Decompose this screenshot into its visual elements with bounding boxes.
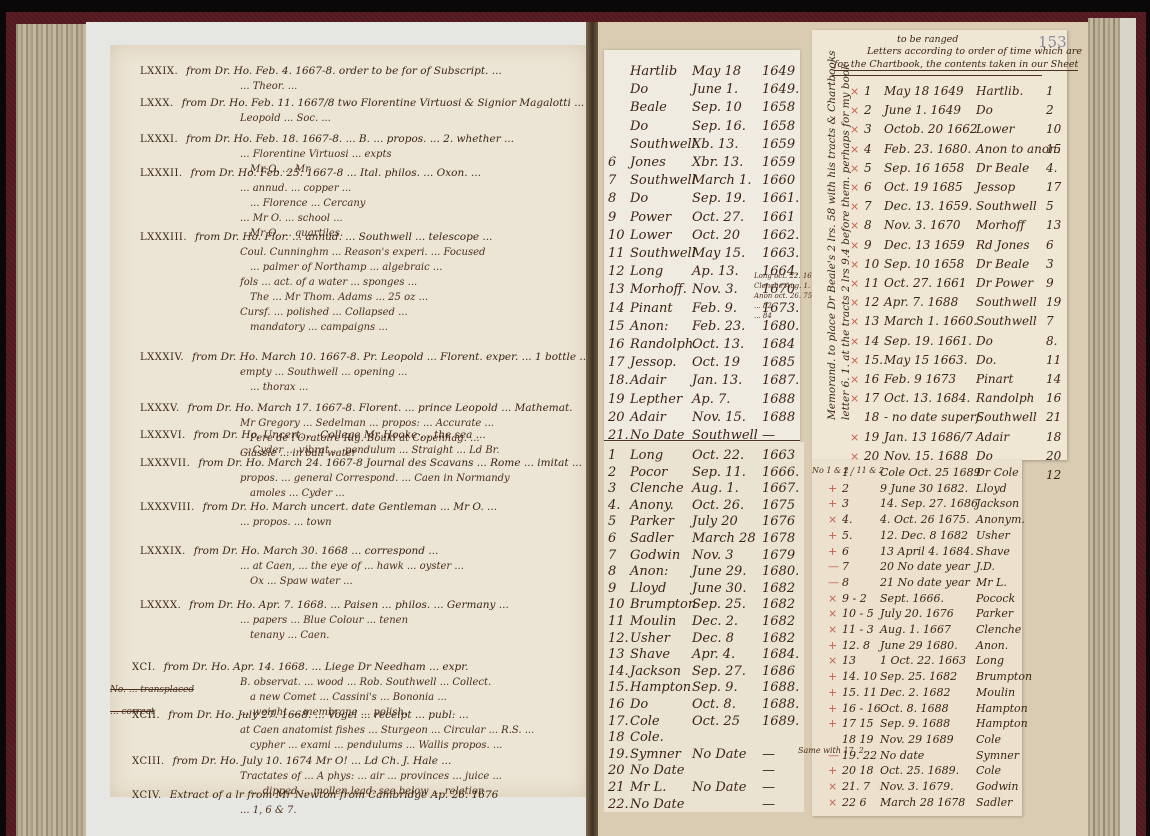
- correspondent-name: Southwell: [976, 295, 1046, 309]
- row-number: 8: [864, 218, 884, 232]
- letter-entry: XCIII.from Dr. Ho. July 10. 1674 Mr O! .…: [132, 755, 451, 767]
- entry-number: LXXXVIII.: [140, 502, 195, 513]
- correspondent-name: Godwin: [630, 548, 692, 563]
- letter-year: 1688.: [762, 697, 799, 712]
- list-row: 8Anon:June 29.1680.: [608, 564, 799, 579]
- entry-number: LXXXVI.: [140, 430, 186, 441]
- letter-entry: XCIV.Extract of a lr from Mr Newton from…: [132, 789, 498, 801]
- check-mark: +: [828, 686, 842, 699]
- letter-year: 1688.: [762, 680, 799, 695]
- letter-entry: LXXIX.from Dr. Ho. Feb. 4. 1667-8. order…: [140, 65, 502, 77]
- entry-text: from Dr. Ho. March 17. 1667-8. Florent. …: [188, 402, 573, 414]
- reference-number: 2: [1046, 103, 1054, 117]
- letter-date: Nov. 3. 1670: [884, 218, 976, 232]
- list-row: 16DoOct. 8.1688.: [608, 697, 799, 712]
- letter-year: 1649.: [762, 82, 799, 97]
- letter-date: Oct. 27.: [692, 210, 762, 225]
- correspondent-name: Usher: [630, 631, 692, 646]
- letter-date: Oct. 25: [692, 714, 762, 729]
- letter-date: Jan. 13.: [692, 373, 762, 388]
- ordered-row: —19. 22No dateSymner: [828, 749, 1019, 762]
- entry-continuation: empty ... Southwell ... opening ...: [240, 367, 407, 378]
- check-mark: ×: [850, 392, 864, 405]
- letter-year: 1659: [762, 155, 795, 170]
- letter-date: Dec. 2. 1682: [880, 686, 976, 699]
- letter-date: Oct. 13.: [692, 337, 762, 352]
- check-mark: +: [828, 529, 842, 542]
- row-number: 22.: [608, 797, 630, 812]
- letter-date: March 1.: [692, 173, 762, 188]
- entry-continuation: ... Cyder ... vibrat ... pendulum ... St…: [240, 445, 500, 456]
- list-row: 17Jessop.Oct. 191685: [608, 355, 795, 370]
- row-number: 21: [608, 780, 630, 795]
- letter-date: Oct. 20: [692, 228, 762, 243]
- list-row: 20AdairNov. 15.1688: [608, 410, 795, 425]
- row-number: 9: [608, 581, 630, 596]
- row-number: 16: [608, 697, 630, 712]
- reference-number: 3: [1046, 257, 1054, 271]
- check-mark: ×: [850, 373, 864, 386]
- row-number: 18 19: [842, 733, 880, 746]
- heading-rule: [832, 75, 1042, 76]
- letter-date: Dec. 13 1659: [884, 238, 976, 252]
- correspondent-name: Sadler: [630, 531, 692, 546]
- correspondent-name: Hampton: [630, 680, 692, 695]
- page-edges-left: [16, 24, 86, 836]
- row-number: 16 - 16: [842, 702, 880, 715]
- entry-number: LXXXX.: [140, 600, 181, 611]
- ordered-row: ×15.May 15 1663.Do.11: [850, 353, 1061, 367]
- letter-date: Sep. 11.: [692, 465, 762, 480]
- correspondent-name: Randolph: [976, 391, 1046, 405]
- list-row: HartlibMay 181649: [608, 64, 795, 79]
- check-mark: —: [828, 560, 842, 573]
- entry-continuation: ... at Caen, ... the eye of ... hawk ...…: [240, 561, 464, 572]
- letter-year: 1661: [762, 210, 795, 225]
- entry-continuation: Mr Gregory ... Sedelman ... propos: ... …: [240, 418, 494, 429]
- letter-date: 1 Oct. 22. 1663: [880, 654, 976, 667]
- letter-date: May 15.: [692, 246, 762, 261]
- reference-number: 15: [1046, 142, 1061, 156]
- folio-number: 153: [1038, 33, 1067, 51]
- list-row: 4.Anony.Oct. 26.1675: [608, 498, 795, 513]
- letter-year: 1686: [762, 664, 795, 679]
- row-number: 12: [864, 295, 884, 309]
- entry-continuation: Leopold ... Soc. ...: [240, 113, 331, 124]
- ordered-row: ×131 Oct. 22. 1663Long: [828, 654, 1004, 667]
- check-mark: ×: [850, 354, 864, 367]
- reference-number: 8.: [1046, 334, 1057, 348]
- correspondent-name: Parker: [976, 607, 1013, 620]
- letter-date: June 30.: [692, 581, 762, 596]
- letter-year: 1682: [762, 581, 795, 596]
- correspondent-name: Dr Beale: [976, 161, 1046, 175]
- row-number: 17.: [608, 714, 630, 729]
- reference-number: 10: [1046, 122, 1061, 136]
- letter-date: Oct. 8. 1688: [880, 702, 976, 715]
- list-row: 22.No Date—: [608, 797, 775, 812]
- list-row: 11MoulinDec. 2.1682: [608, 614, 795, 629]
- ordered-row: ×19Jan. 13 1686/7Adair18: [850, 430, 1061, 444]
- letter-date: June 29 1680.: [880, 639, 976, 652]
- correspondent-name: Southwell: [630, 246, 692, 261]
- correspondent-name: Moulin: [630, 614, 692, 629]
- row-number: 6: [608, 155, 630, 170]
- letter-year: 1663.: [762, 246, 799, 261]
- letter-date: Sep. 10: [692, 100, 762, 115]
- correspondent-name: Pocock: [976, 592, 1015, 605]
- list-row: 6SadlerMarch 281678: [608, 531, 795, 546]
- entry-number: XCI.: [132, 662, 156, 673]
- list-row: 10LowerOct. 201662.: [608, 228, 799, 243]
- row-number: 21. 7: [842, 780, 880, 793]
- check-mark: ×: [850, 200, 864, 213]
- correspondent-name: Lower: [630, 228, 692, 243]
- correspondent-name: Cole.: [630, 730, 692, 745]
- correspondent-name: Lower: [976, 122, 1046, 136]
- row-number: 8: [842, 576, 880, 589]
- correspondent-name: Clenche: [630, 481, 692, 496]
- check-mark: ×: [850, 85, 864, 98]
- letter-date: Feb. 9.: [692, 301, 762, 316]
- row-number: 1: [864, 84, 884, 98]
- ordered-row: ×9Dec. 13 1659Rd Jones6: [850, 238, 1054, 252]
- letter-date: 14. Sep. 27. 1686: [880, 497, 976, 510]
- letter-year: 1680.: [762, 564, 799, 579]
- entry-continuation: Coul. Cunninghm ... Reason's experi. ...…: [240, 247, 485, 258]
- list-row: 18.AdairJan. 13.1687.: [608, 373, 799, 388]
- ordered-row: ×9 - 2Sept. 1666.Pocock: [828, 592, 1015, 605]
- correspondent-name: Anon to anon:: [976, 142, 1046, 156]
- list-row: 1LongOct. 22.1663: [608, 448, 795, 463]
- correspondent-name: Adair: [630, 410, 692, 425]
- correspondent-name: Godwin: [976, 780, 1018, 793]
- check-mark: ×: [850, 315, 864, 328]
- letter-year: 1666.: [762, 465, 799, 480]
- list-row: 3ClencheAug. 1.1667.: [608, 481, 799, 496]
- ordered-row: ×22 6March 28 1678Sadler: [828, 796, 1012, 809]
- letter-entry: LXXXVII.from Dr. Ho. March 24. 1667-8 Jo…: [140, 457, 582, 469]
- letter-date: 13 April 4. 1684.: [880, 545, 976, 558]
- letter-date: Feb. 9 1673: [884, 372, 976, 386]
- list-row: 2PocorSep. 11.1666.: [608, 465, 799, 480]
- divider-line: [604, 440, 800, 441]
- row-number: 14: [608, 301, 630, 316]
- row-number: 7: [842, 560, 880, 573]
- entry-continuation: amoles ... Cyder ...: [250, 488, 345, 499]
- list-row: 10BrumptonSep. 25.1682: [608, 597, 795, 612]
- correspondent-name: Do: [630, 119, 692, 134]
- entry-number: LXXXIII.: [140, 232, 187, 243]
- letter-date: Sep. 27.: [692, 664, 762, 679]
- list-row: 13ShaveApr. 4.1684.: [608, 647, 799, 662]
- letter-date: Nov. 15.: [692, 410, 762, 425]
- correspondent-name: Rd Jones: [976, 238, 1046, 252]
- entry-text: from Dr. Ho. Apr. 7. 1668. ... Paisen ..…: [189, 599, 508, 611]
- letter-date: Sep. 25.: [692, 597, 762, 612]
- row-number: 9: [608, 210, 630, 225]
- correspondent-name: Anony.: [630, 498, 692, 513]
- correspondent-name: Lloyd: [630, 581, 692, 596]
- row-number: 10: [608, 228, 630, 243]
- letter-date: June 29.: [692, 564, 762, 579]
- letter-date: Apr. 4.: [692, 647, 762, 662]
- letter-year: 1682: [762, 614, 795, 629]
- letter-date: May 15 1663.: [884, 353, 976, 367]
- side-note: ... 84: [754, 312, 772, 320]
- row-number: 8: [608, 191, 630, 206]
- list-row: 19LeptherAp. 7.1688: [608, 392, 795, 407]
- ordered-row: +5.12. Dec. 8 1682Usher: [828, 529, 1010, 542]
- correspondent-name: Parker: [630, 514, 692, 529]
- check-mark: ×: [828, 780, 842, 793]
- list-row: 11SouthwellMay 15.1663.: [608, 246, 799, 261]
- check-mark: ×: [828, 796, 842, 809]
- correspondent-name: Symner: [630, 747, 692, 762]
- letter-entry: LXXXII.from Dr. Ho. Feb. 25. 1667-8 ... …: [140, 167, 481, 179]
- letter-date: Oct. 27. 1661: [884, 276, 976, 290]
- letter-year: 1687.: [762, 373, 799, 388]
- entry-number: LXXX.: [140, 98, 174, 109]
- entry-continuation: Tractates of ... A phys: ... air ... pro…: [240, 771, 502, 782]
- entry-text: Extract of a lr from Mr Newton from Camb…: [170, 789, 499, 801]
- list-row: 7GodwinNov. 31679: [608, 548, 795, 563]
- entry-continuation: B. observat. ... wood ... Rob. Southwell…: [240, 677, 491, 688]
- correspondent-name: Anonym.: [976, 513, 1025, 526]
- check-mark: ×: [828, 592, 842, 605]
- list-row: 8DoSep. 19.1661.: [608, 191, 799, 206]
- list-row: 18Cole.: [608, 730, 762, 745]
- row-number: 14. 10: [842, 670, 880, 683]
- ordered-row: ×2June 1. 1649Do2: [850, 103, 1054, 117]
- letter-year: 1684.: [762, 647, 799, 662]
- letter-date: May 18 1649: [884, 84, 976, 98]
- letter-year: 1658: [762, 100, 795, 115]
- entry-continuation: ... papers ... Blue Colour ... tenen: [240, 615, 408, 626]
- row-number: 6: [842, 545, 880, 558]
- entry-continuation: tenany ... Caen.: [250, 630, 329, 641]
- correspondent-name: Mr L.: [630, 780, 692, 795]
- row-number: 19: [608, 392, 630, 407]
- reference-number: 18: [1046, 430, 1061, 444]
- letter-entry: LXXXIX.from Dr. Ho. March 30. 1668 ... c…: [140, 545, 438, 557]
- entry-continuation: at Caen anatomist fishes ... Sturgeon ..…: [240, 725, 534, 736]
- ordered-row: ×5Sep. 16 1658Dr Beale4.: [850, 161, 1057, 175]
- row-number: 11: [608, 614, 630, 629]
- entry-text: from Dr. Ho. Apr. 14. 1668. ... Liege Dr…: [164, 661, 469, 673]
- correspondent-name: Long: [630, 448, 692, 463]
- letter-year: 1676: [762, 514, 795, 529]
- letter-date: 21 No date year: [880, 576, 976, 589]
- check-mark: ×: [850, 143, 864, 156]
- row-number: 17: [864, 391, 884, 405]
- letter-year: —: [762, 763, 775, 778]
- row-number: 2: [842, 482, 880, 495]
- row-number: 15. 11: [842, 686, 880, 699]
- row-number: 6: [864, 180, 884, 194]
- reference-number: 17: [1046, 180, 1061, 194]
- letter-entry: LXXXV.from Dr. Ho. March 17. 1667-8. Flo…: [140, 402, 573, 414]
- correspondent-name: Long: [630, 264, 692, 279]
- entry-text: from Dr. Ho. March 24. 1667-8 Journal de…: [198, 457, 582, 469]
- letter-year: 1649: [762, 64, 795, 79]
- row-number: 10 - 5: [842, 607, 880, 620]
- row-number: 17 15: [842, 717, 880, 730]
- letter-date: Oct. 19: [692, 355, 762, 370]
- letter-year: 1678: [762, 531, 795, 546]
- correspondent-name: Do.: [976, 353, 1046, 367]
- row-number: 4.: [608, 498, 630, 513]
- row-number: 10: [608, 597, 630, 612]
- correspondent-name: Do: [630, 82, 692, 97]
- reference-number: 7: [1046, 314, 1054, 328]
- correspondent-name: J.D.: [976, 560, 995, 573]
- ordered-row: ×4Feb. 23. 1680.Anon to anon:15: [850, 142, 1061, 156]
- letter-date: No date: [880, 749, 976, 762]
- correspondent-name: Southwell: [630, 173, 692, 188]
- entry-number: LXXXVII.: [140, 458, 190, 469]
- letter-date: Sept. 1666.: [880, 592, 976, 605]
- correspondent-name: No Date: [630, 763, 692, 778]
- row-number: 1.: [842, 466, 880, 479]
- correspondent-name: Southwell: [976, 199, 1046, 213]
- letter-date: Oct. 26.: [692, 498, 762, 513]
- entry-continuation: ... Florence ... Cercany: [250, 198, 365, 209]
- letter-date: Oct. 22.: [692, 448, 762, 463]
- reference-number: 20: [1046, 449, 1061, 463]
- entry-continuation: ... Theor. ...: [240, 81, 297, 92]
- letter-date: 12. Dec. 8 1682: [880, 529, 976, 542]
- entry-text: from Dr. Ho. July 10. 1674 Mr O! ... Ld …: [173, 755, 452, 767]
- letter-year: 1688: [762, 392, 795, 407]
- ordered-row: 18 19Nov. 29 1689Cole: [828, 733, 1001, 746]
- reference-number: 9: [1046, 276, 1054, 290]
- check-mark: ×: [850, 335, 864, 348]
- correspondent-name: Shave: [630, 647, 692, 662]
- correspondent-name: Anon:: [630, 564, 692, 579]
- row-number: 13: [864, 314, 884, 328]
- reference-number: 14: [1046, 372, 1061, 386]
- reference-number: 16: [1046, 391, 1061, 405]
- correspondent-name: Dr Beale: [976, 257, 1046, 271]
- ordered-row: ×8Nov. 3. 1670Morhoff13: [850, 218, 1061, 232]
- row-number: 20: [608, 410, 630, 425]
- ordered-row: ×1May 18 1649Hartlib.1: [850, 84, 1054, 98]
- margin-note: ... correct: [110, 707, 155, 717]
- letter-date: Oct. 19 1685: [884, 180, 976, 194]
- entry-number: LXXXV.: [140, 403, 180, 414]
- letter-entry: XCII.from Dr. Ho. July 27. 1668. ... Vog…: [132, 709, 469, 721]
- letter-date: Nov. 3. 1679.: [880, 780, 976, 793]
- letter-date: 9 June 30 1682.: [880, 482, 976, 495]
- check-mark: +: [828, 482, 842, 495]
- letter-date: Dec. 2.: [692, 614, 762, 629]
- row-number: 19. 22: [842, 749, 880, 762]
- list-row: 12.UsherDec. 81682: [608, 631, 795, 646]
- heading-1: to be ranged: [897, 34, 958, 45]
- entry-continuation: mandatory ... campaigns ...: [250, 322, 388, 333]
- letter-entry: LXXXVI.from Dr. Ho. Uncert. ... College …: [140, 429, 486, 441]
- entry-continuation: a new Comet ... Cassini's ... Bononia ..…: [250, 692, 447, 703]
- correspondent-name: Long: [976, 654, 1004, 667]
- correspondent-name: Moulin: [976, 686, 1015, 699]
- row-number: 1: [608, 448, 630, 463]
- entry-text: from Dr. Ho. Uncert. ... College Mr Hook…: [194, 429, 486, 441]
- vertical-memorandum-2: letter 6. 1. at the tracts 2 lrs 9.4 bef…: [840, 63, 852, 420]
- ordered-row: ×11 - 3Aug. 1. 1667Clenche: [828, 623, 1021, 636]
- correspondent-name: Brumpton: [630, 597, 692, 612]
- list-row: 19.SymnerNo Date—: [608, 747, 775, 762]
- letter-date: Nov. 29 1689: [880, 733, 976, 746]
- ordered-row: ×11Oct. 27. 1661Dr Power9: [850, 276, 1054, 290]
- check-mark: ×: [850, 258, 864, 271]
- row-number: 15.: [864, 353, 884, 367]
- letter-entry: LXXXIII.from Dr. Ho. Flor. ... annud. ..…: [140, 231, 492, 243]
- entry-continuation: Cursf. ... polished ... Collapsed ...: [240, 307, 408, 318]
- left-manuscript-page: LXXIX.from Dr. Ho. Feb. 4. 1667-8. order…: [110, 45, 588, 797]
- correspondent-name: Cole: [630, 714, 692, 729]
- letter-date: 20 No date year: [880, 560, 976, 573]
- margin-note: No. ... transplaced: [110, 685, 194, 695]
- letter-date: Nov. 3: [692, 548, 762, 563]
- letter-date: 4. Oct. 26 1675.: [880, 513, 976, 526]
- entry-continuation: Ox ... Spaw water ...: [250, 576, 353, 587]
- correspondent-name: Hartlib.: [976, 84, 1046, 98]
- correspondent-name: Brumpton: [976, 670, 1032, 683]
- list-row: 9LloydJune 30.1682: [608, 581, 795, 596]
- letter-year: 1689.: [762, 714, 799, 729]
- row-number: 14.: [608, 664, 630, 679]
- check-mark: +: [828, 702, 842, 715]
- list-row: 16Randolph.Oct. 13.1684: [608, 337, 795, 352]
- entry-number: XCIV.: [132, 790, 162, 801]
- correspondent-name: Mr L.: [976, 576, 1007, 589]
- letter-date: March 28: [692, 531, 762, 546]
- ordered-row: ×21. 7Nov. 3. 1679.Godwin: [828, 780, 1018, 793]
- ordered-row: —821 No date yearMr L.: [828, 576, 1007, 589]
- row-number: 11: [608, 246, 630, 261]
- correspondent-name: No Date: [630, 797, 692, 812]
- letter-entry: LXXXI.from Dr. Ho. Feb. 18. 1667-8. ... …: [140, 133, 514, 145]
- letter-date: Jan. 13 1686/7: [884, 430, 976, 444]
- letter-date: Sep. 16 1658: [884, 161, 976, 175]
- row-number: 7: [608, 548, 630, 563]
- letter-date: Dec. 13. 1659.: [884, 199, 976, 213]
- entry-continuation: ... thorax ...: [250, 382, 308, 393]
- entry-continuation: ... palmer of Northamp ... algebraic ...: [250, 262, 442, 273]
- row-number: 7: [608, 173, 630, 188]
- correspondent-name: Dr Cole: [976, 466, 1019, 479]
- letter-year: 1659: [762, 137, 795, 152]
- correspondent-name: Southwell: [976, 410, 1046, 424]
- letter-date: Cole Oct. 25 1689: [880, 466, 976, 479]
- entry-number: LXXXII.: [140, 168, 183, 179]
- check-mark: ×: [850, 181, 864, 194]
- row-number: 17: [608, 355, 630, 370]
- list-row: 20No Date—: [608, 763, 775, 778]
- row-number: 18: [864, 410, 884, 424]
- list-row: 15Anon:Feb. 23.1680.: [608, 319, 799, 334]
- entry-number: XCIII.: [132, 756, 165, 767]
- reference-number: 11: [1046, 353, 1061, 367]
- correspondent-name: Do: [976, 334, 1046, 348]
- row-number: 2: [864, 103, 884, 117]
- row-number: 5: [608, 514, 630, 529]
- row-number: 14: [864, 334, 884, 348]
- row-number: 5.: [842, 529, 880, 542]
- row-number: 18.: [608, 373, 630, 388]
- row-number: 13: [608, 647, 630, 662]
